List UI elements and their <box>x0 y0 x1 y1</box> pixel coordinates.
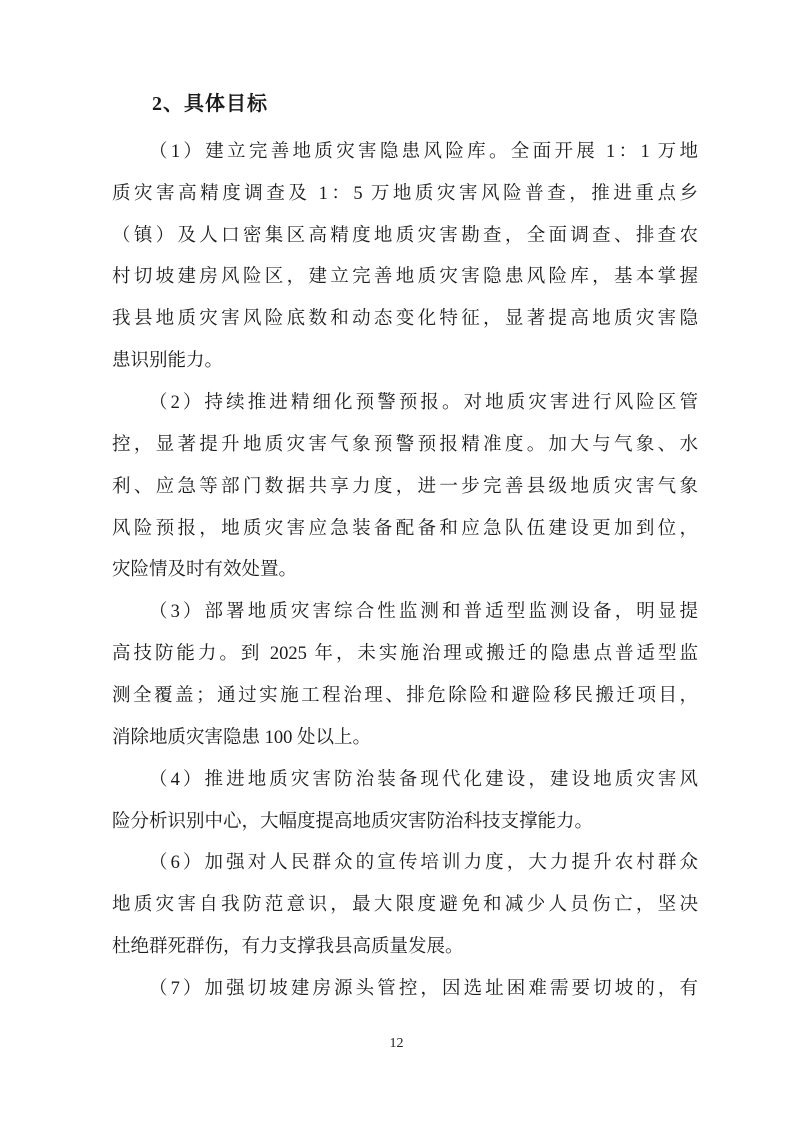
text-line: 质灾害高精度调查及 1：5 万地质灾害风险普查，推进重点乡 <box>112 174 698 216</box>
text-line: 消除地质灾害隐患 100 处以上。 <box>112 718 698 760</box>
text-line: （1）建立完善地质灾害隐患风险库。全面开展 1：1 万地 <box>112 132 698 174</box>
text-line: 患识别能力。 <box>112 341 698 383</box>
text-line: 利、应急等部门数据共享力度，进一步完善县级地质灾害气象 <box>112 467 698 509</box>
paragraph-7: （7）加强切坡建房源头管控，因选址困难需要切坡的，有 <box>112 969 698 1011</box>
page-number: 12 <box>0 1036 793 1052</box>
paragraph-2: （2）持续推进精细化预警预报。对地质灾害进行风险区管 控，显著提升地质灾害气象预… <box>112 383 698 592</box>
document-body: 2、具体目标 （1）建立完善地质灾害隐患风险库。全面开展 1：1 万地 质灾害高… <box>112 84 698 1011</box>
paragraph-3: （3）部署地质灾害综合性监测和普适型监测设备，明显提 高技防能力。到 2025 … <box>112 592 698 759</box>
text-line: 测全覆盖；通过实施工程治理、排危除险和避险移民搬迁项目， <box>112 676 698 718</box>
text-line: （7）加强切坡建房源头管控，因选址困难需要切坡的，有 <box>112 969 698 1011</box>
text-line: （6）加强对人民群众的宣传培训力度，大力提升农村群众 <box>112 843 698 885</box>
text-line: 高技防能力。到 2025 年，未实施治理或搬迁的隐患点普适型监 <box>112 634 698 676</box>
text-line: （2）持续推进精细化预警预报。对地质灾害进行风险区管 <box>112 383 698 425</box>
text-line: 险分析识别中心，大幅度提高地质灾害防治科技支撑能力。 <box>112 802 698 844</box>
text-line: 杜绝群死群伤，有力支撑我县高质量发展。 <box>112 927 698 969</box>
paragraph-4: （4）推进地质灾害防治装备现代化建设，建设地质灾害风 险分析识别中心，大幅度提高… <box>112 760 698 844</box>
text-line: 控，显著提升地质灾害气象预警预报精准度。加大与气象、水 <box>112 425 698 467</box>
document-page: 2、具体目标 （1）建立完善地质灾害隐患风险库。全面开展 1：1 万地 质灾害高… <box>0 0 793 1122</box>
text-line: 灾险情及时有效处置。 <box>112 550 698 592</box>
text-line: （4）推进地质灾害防治装备现代化建设，建设地质灾害风 <box>112 760 698 802</box>
paragraph-1: （1）建立完善地质灾害隐患风险库。全面开展 1：1 万地 质灾害高精度调查及 1… <box>112 132 698 383</box>
section-heading: 2、具体目标 <box>112 84 698 126</box>
text-line: 风险预报，地质灾害应急装备配备和应急队伍建设更加到位， <box>112 509 698 551</box>
text-line: 我县地质灾害风险底数和动态变化特征，显著提高地质灾害隐 <box>112 299 698 341</box>
paragraph-6: （6）加强对人民群众的宣传培训力度，大力提升农村群众 地质灾害自我防范意识，最大… <box>112 843 698 969</box>
text-line: 村切坡建房风险区，建立完善地质灾害隐患风险库，基本掌握 <box>112 257 698 299</box>
text-line: （3）部署地质灾害综合性监测和普适型监测设备，明显提 <box>112 592 698 634</box>
text-line: （镇）及人口密集区高精度地质灾害勘查，全面调查、排查农 <box>112 216 698 258</box>
text-line: 地质灾害自我防范意识，最大限度避免和减少人员伤亡，坚决 <box>112 885 698 927</box>
